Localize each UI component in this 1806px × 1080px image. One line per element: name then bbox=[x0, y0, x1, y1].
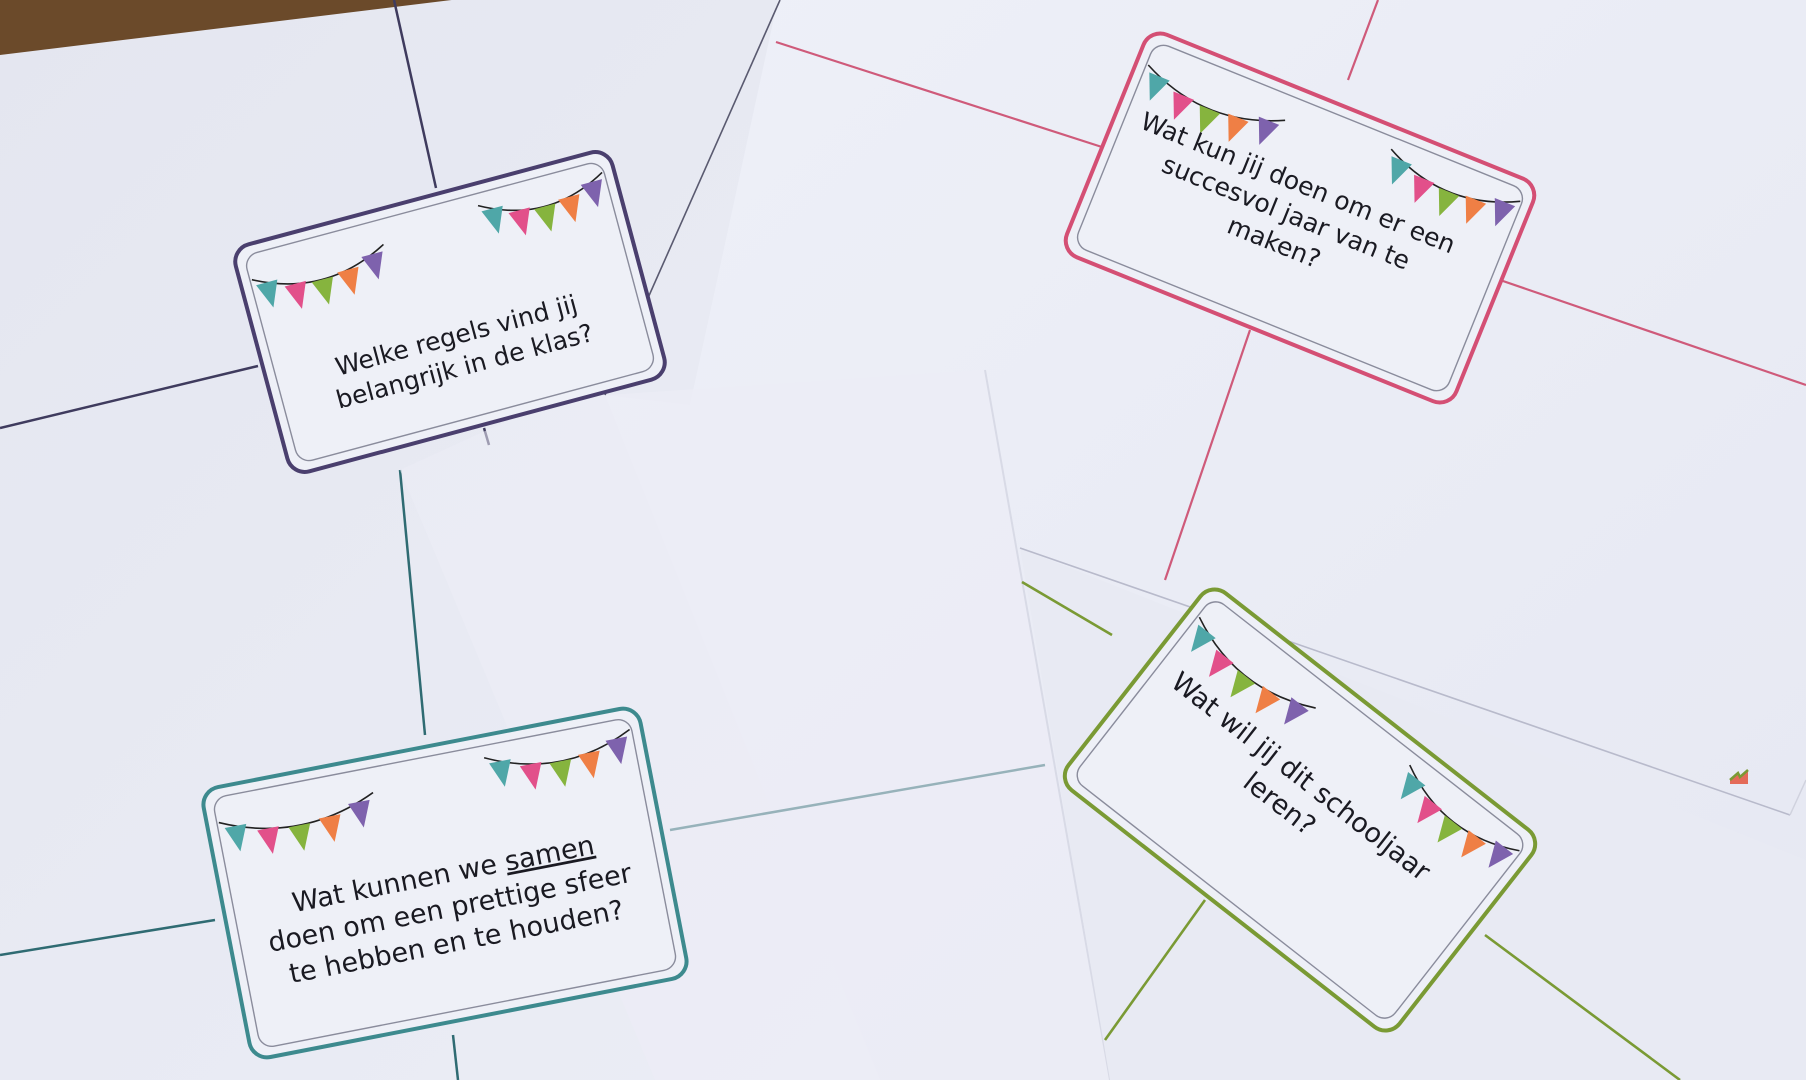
photo-scene: Welke regels vind jijbelangrijk in de kl… bbox=[0, 0, 1806, 1080]
